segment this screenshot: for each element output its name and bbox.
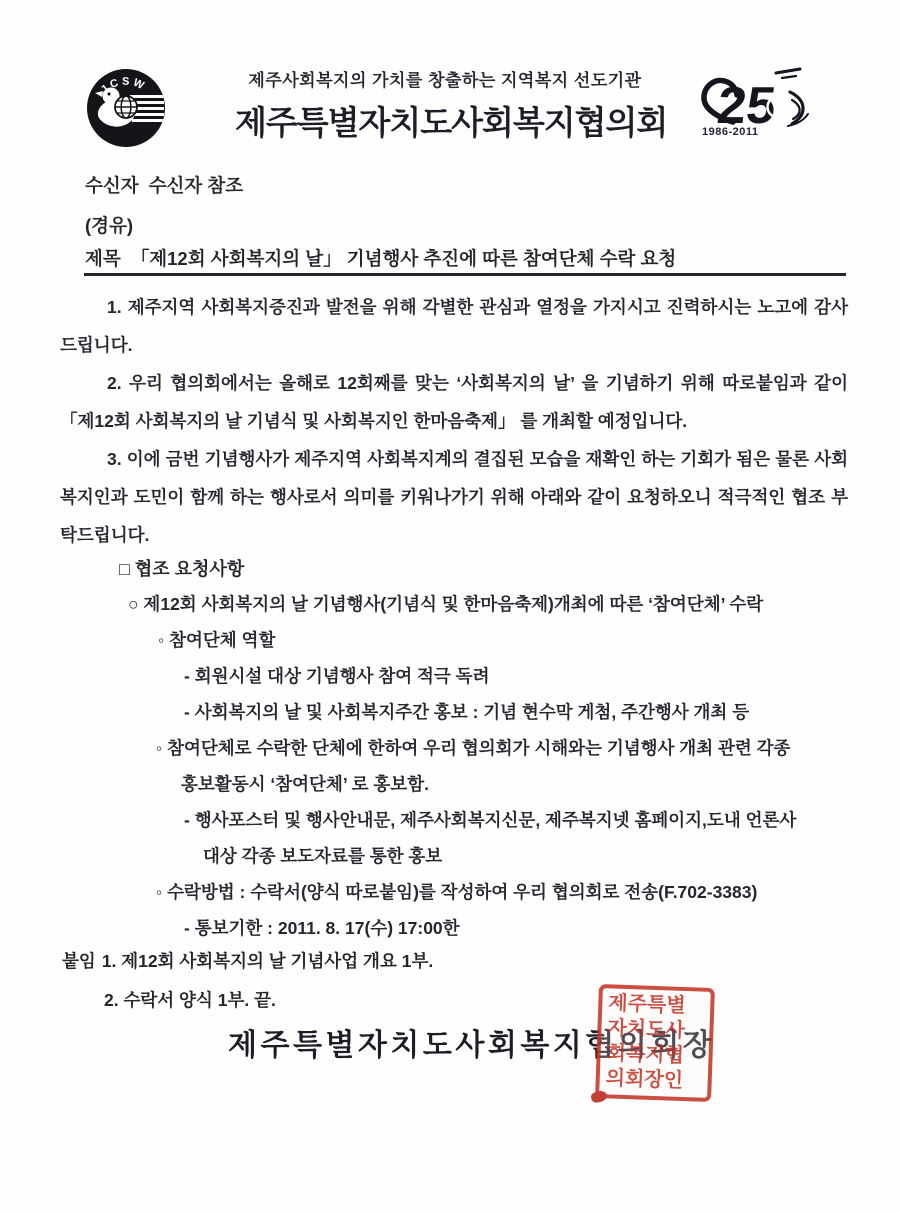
letterhead: 제주사회복지의 가치를 창출하는 지역복지 선도기관 제주특별자치도사회복지협의… — [235, 66, 655, 144]
recipient-row: 수신자수신자 참조 — [85, 172, 243, 198]
paragraph-1: 1. 제주지역 사회복지증진과 발전을 위해 각별한 관심과 열정을 가지시고 … — [60, 288, 848, 364]
request-item: 대상 각종 보도자료를 통한 홍보 — [203, 843, 442, 868]
request-item: - 회원시설 대상 기념행사 참여 적극 독려 — [184, 663, 489, 688]
org-name: 제주특별자치도사회복지협의회 — [235, 97, 655, 144]
request-item: ○ 제12회 사회복지의 날 기념행사(기념식 및 한마음축제)개최에 따른 ‘… — [128, 591, 763, 616]
subject-label: 제목 — [85, 248, 121, 269]
subject-row: 제목「제12회 사회복지의 날」 기념행사 추진에 따른 참여단체 수락 요청 — [85, 245, 676, 271]
jcsw-dove-logo: JCSW — [84, 66, 168, 150]
official-seal-stamp: 제주특별 자치도사 회복지협 의회장인 — [595, 984, 715, 1102]
request-item: ◦ 참여단체 역할 — [158, 627, 275, 652]
request-item: ◦ 수락방법 : 수락서(양식 따로붙임)를 작성하여 우리 협의회로 전송(F… — [156, 879, 757, 904]
subject-value: 「제12회 사회복지의 날」 기념행사 추진에 따른 참여단체 수락 요청 — [131, 248, 676, 269]
seal-row: 회복지협 — [606, 1043, 703, 1067]
request-item: - 행사포스터 및 행사안내문, 제주사회복지신문, 제주복지넷 홈페이지,도내… — [184, 807, 796, 832]
org-tagline: 제주사회복지의 가치를 창출하는 지역복지 선도기관 — [235, 66, 655, 91]
request-item: 홍보활동시 ‘참여단체’ 로 홍보함. — [181, 771, 429, 796]
request-item: - 사회복지의 날 및 사회복지주간 홍보 : 기념 현수막 게첨, 주간행사 … — [184, 699, 749, 724]
paragraph-2: 2. 우리 협의회에서는 올해로 12회째를 맞는 ‘사회복지의 날’ 을 기념… — [60, 364, 848, 440]
request-item: - 통보기한 : 2011. 8. 17(수) 17:00한 — [184, 915, 460, 940]
via-row: (경유) — [85, 212, 133, 238]
seal-row: 자치도사 — [607, 1018, 704, 1042]
anniversary-25-icon: 25 1986-2011 — [692, 64, 822, 144]
anniversary-emblem: 25 1986-2011 — [692, 64, 822, 144]
attachment-label: 붙임 — [62, 951, 96, 971]
attachment-item-1: 1. 제12회 사회복지의 날 기념사업 개요 1부. — [102, 951, 433, 971]
subject-divider — [84, 273, 846, 276]
dove-logo-icon: JCSW — [84, 66, 168, 150]
recipient-label: 수신자 — [85, 175, 139, 196]
emblem-years: 1986-2011 — [702, 126, 759, 138]
request-item: ◦ 참여단체로 수락한 단체에 한하여 우리 협의회가 시해와는 기념행사 개최… — [156, 735, 790, 760]
document-page: JCSW 제주사회복지의 가치를 창출하는 지역복지 선도기관 제주특별자치도사… — [0, 0, 900, 1213]
request-section-heading: □ 협조 요청사항 — [119, 555, 244, 581]
paragraph-3: 3. 이에 금번 기념행사가 제주지역 사회복지계의 결집된 모습을 재확인 하… — [60, 440, 848, 554]
attachment-line-1: 붙임1. 제12회 사회복지의 날 기념사업 개요 1부. — [62, 948, 433, 973]
recipient-value: 수신자 참조 — [149, 175, 244, 196]
seal-row: 의회장인 — [605, 1068, 702, 1092]
seal-row: 제주특별 — [608, 993, 705, 1017]
seal-ink-blot — [590, 1089, 608, 1103]
attachment-line-2: 2. 수락서 양식 1부. 끝. — [104, 987, 276, 1012]
